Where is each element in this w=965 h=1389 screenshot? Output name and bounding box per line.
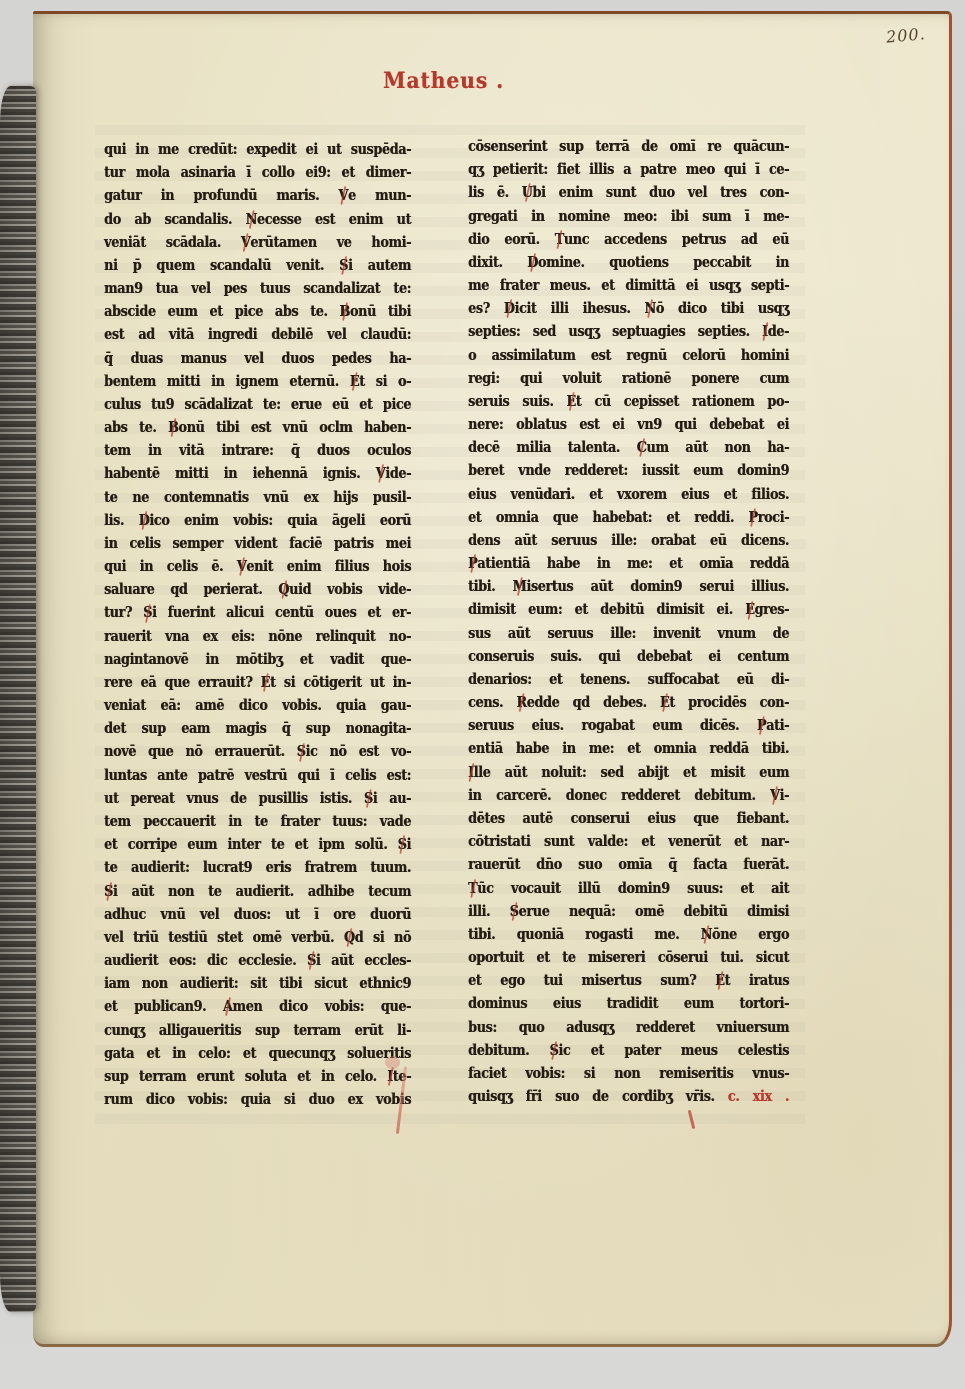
text-line: te audierit: lucrat9 eris fratrem tuum.	[104, 856, 411, 879]
text-line: septies: sed usqʒ septuagies septies. Id…	[468, 320, 789, 343]
text-line: regi: qui voluit rationē ponere cum	[468, 367, 789, 390]
text-line: beret vnde redderet: iussit eum domin9	[468, 459, 789, 482]
text-line: luntas ante patrē vestrū qui ī celis est…	[104, 764, 411, 787]
text-line: seruis suis. Et cū cepisset rationem po-	[468, 390, 789, 413]
text-line: iam non audierit: sit tibi sicut ethnic9	[104, 972, 411, 995]
text-line: Tūc vocauit illū domin9 suus: et ait	[468, 877, 789, 900]
text-line: qui in me credūt: expedit ei ut suspēda-	[104, 138, 411, 161]
text-line: cōtristati sunt valde: et venerūt et nar…	[468, 830, 789, 853]
text-line: quisqʒ fr̄i suo de cordibʒ vr̄is. c. xix…	[468, 1085, 789, 1108]
rubricated-capital: D	[139, 509, 150, 532]
rubricated-capital: I	[762, 320, 768, 343]
text-line: et publican9. Amen dico vobis: que-	[104, 995, 411, 1018]
rubricated-capital: E	[715, 969, 724, 992]
text-line: decē milia talenta. Cum aūt non ha-	[468, 436, 789, 459]
rubricated-capital: V	[241, 231, 251, 254]
rubricated-capital: I	[468, 761, 474, 784]
text-line: est ad vitā ingredi debilē vel claudū:	[104, 323, 411, 346]
text-line: rauerit vna ex eis: nōne relinquit no-	[104, 625, 411, 648]
text-line: ni p̄ quem scandalū venit. Si autem	[104, 254, 411, 277]
text-line: et corripe eum inter te et ipm solū. Si	[104, 833, 411, 856]
text-line: faciet vobis: si non remiseritis vnus-	[468, 1062, 789, 1085]
rubricated-capital: S	[104, 880, 113, 903]
text-line: illi. Serue nequā: omē debitū dimisi	[468, 900, 789, 923]
text-line: lis ē. Ubi enim sunt duo vel tres con-	[468, 181, 789, 204]
rubricated-capital: E	[660, 691, 669, 714]
text-line: tem in vitā intrare: q̄ duos oculos	[104, 439, 411, 462]
rubricated-capital: U	[522, 181, 533, 204]
text-line: eius venūdari. et vxorem eius et filios.	[468, 483, 789, 506]
text-line: audierit eos: dic ecclesie. Si aūt eccle…	[104, 949, 411, 972]
text-line: rum dico vobis: quia si duo ex vobis	[104, 1088, 411, 1111]
text-line: in carcerē. donec redderet debitum. Vi-	[468, 784, 789, 807]
rubricated-capital: N	[701, 923, 712, 946]
text-line: dimisit eum: et debitū dimisit ei. Egres…	[468, 598, 789, 621]
text-line: qui in celis ē. Venit enim filius hois	[104, 555, 411, 578]
rubricated-capital: B	[168, 416, 178, 439]
text-line: et omnia que habebat: et reddi. Proci-	[468, 506, 789, 529]
rubricated-capital: P	[748, 506, 757, 529]
text-line: entiā habe in me: et omnia reddā tibi.	[468, 737, 789, 760]
text-line: gregati in nomine meo: ibi sum ī me-	[468, 205, 789, 228]
rubricated-capital: T	[468, 877, 477, 900]
text-line: abscide eum et pice abs te. Bonū tibi	[104, 300, 411, 323]
text-line: gata et in celo: et quecunqʒ solueritis	[104, 1042, 411, 1065]
gutter-leaf-edges	[0, 86, 36, 1312]
rubricated-capital: S	[143, 601, 152, 624]
text-line: me frater meus. et dimittā ei usqʒ septi…	[468, 274, 789, 297]
text-line: nere: oblatus est ei vn9 qui debebat ei	[468, 413, 789, 436]
text-line: dens aūt seruus ille: orabat eū dicens.	[468, 529, 789, 552]
text-line: lis. Dico enim vobis: quia āgeli eorū	[104, 509, 411, 532]
text-line: dixit. Domine. quotiens peccabit in	[468, 251, 789, 274]
text-line: sup terram erunt soluta et in celo. Ite-	[104, 1065, 411, 1088]
text-line: man9 tua vel pes tuus scandalizat te:	[104, 277, 411, 300]
text-line: vel triū testiū stet omē verbū. Qd si nō	[104, 926, 411, 949]
rubricated-capital: S	[549, 1039, 558, 1062]
rubricated-capital: S	[307, 949, 316, 972]
rubricated-capital: E	[350, 370, 359, 393]
text-line: q̄ duas manus vel duos pedes ha-	[104, 347, 411, 370]
text-line: dio eorū. Tunc accedens petrus ad eū	[468, 228, 789, 251]
text-line: veniat eā: amē dico vobis. quia gau-	[104, 694, 411, 717]
text-line: et ego tui misertus sum? Et iratus	[468, 969, 789, 992]
rubricated-capital: E	[566, 390, 575, 413]
book-scan: { "page": { "running_title": "Matheus ."…	[0, 0, 965, 1389]
text-line: Patientiā habe in me: et omīa reddā	[468, 552, 789, 575]
rubricated-capital: M	[513, 575, 527, 598]
text-line: Si aūt non te audierit. adhibe tecum	[104, 880, 411, 903]
red-ink-blob	[385, 1056, 400, 1069]
rubricated-capital: R	[516, 691, 526, 714]
text-line: do ab scandalis. Necesse est enim ut	[104, 208, 411, 231]
text-line: nagintanovē in mōtibʒ et vadit que-	[104, 648, 411, 671]
text-line: veniāt scādala. Verūtamen ve homi-	[104, 231, 411, 254]
rubricated-capital: S	[339, 254, 348, 277]
text-line: seruus eius. rogabat eum dicēs. Pati-	[468, 714, 789, 737]
rubricated-capital: A	[223, 995, 233, 1018]
text-line: in celis semper vident faciē patris mei	[104, 532, 411, 555]
text-line: habentē mitti in iehennā ignis. Vide-	[104, 462, 411, 485]
rubricated-capital: D	[527, 251, 538, 274]
text-line: adhuc vnū vel duos: ut ī ore duorū	[104, 903, 411, 926]
text-line: gatur in profundū maris. Ve mun-	[104, 184, 411, 207]
text-line: denarios: et tenens. suffocabat eū di-	[468, 668, 789, 691]
rubricated-capital: Q	[344, 926, 355, 949]
text-line: rere eā que errauit? Et si cōtigerit ut …	[104, 671, 411, 694]
rubricated-capital: T	[555, 228, 564, 251]
rubricated-capital: S	[297, 740, 306, 763]
rubricated-capital: S	[364, 787, 373, 810]
text-line: qʒ petierit: fiet illis a patre meo qui …	[468, 158, 789, 181]
rubricated-capital: Q	[278, 578, 289, 601]
text-column-right: cōsenserint sup terrā de omī re quācun-q…	[468, 135, 833, 1108]
text-line: debitum. Sic et pater meus celestis	[468, 1039, 789, 1062]
running-title: Matheus .	[383, 68, 549, 94]
text-line: o assimilatum est regnū celorū homini	[468, 344, 789, 367]
text-line: conseruis suis. qui debebat ei centum	[468, 645, 789, 668]
text-line: tem peccauerit in te frater tuus: vade	[104, 810, 411, 833]
text-line: ut pereat vnus de pusillis istis. Si au-	[104, 787, 411, 810]
text-line: tur? Si fuerint alicui centū oues et er-	[104, 601, 411, 624]
text-line: rauerūt dn̄o suo omīa q̄ facta fuerāt.	[468, 853, 789, 876]
text-line: sus aūt seruus ille: invenit vnum de	[468, 622, 789, 645]
rubricated-capital: N	[246, 208, 257, 231]
rubricated-capital: D	[504, 297, 515, 320]
rubricated-capital: V	[338, 184, 348, 207]
rubricated-capital: S	[398, 833, 407, 856]
text-line: cunqʒ alligaueritis sup terram erūt li-	[104, 1019, 411, 1042]
text-line: det sup eam magis q̄ sup nonagita-	[104, 717, 411, 740]
text-line: oportuit et te misereri cōserui tui. sic…	[468, 946, 789, 969]
rubricated-capital: E	[745, 598, 754, 621]
text-line: tibi. quoniā rogasti me. Nōne ergo	[468, 923, 789, 946]
text-line: te ne contemnatis vnū ex hijs pusil-	[104, 486, 411, 509]
text-line: dētes autē conserui eius que fiebant.	[468, 807, 789, 830]
text-line: es? Dicit illi ihesus. Nō dico tibi usqʒ	[468, 297, 789, 320]
rubricated-capital: P	[468, 552, 477, 575]
text-line: dominus eius tradidit eum tortori-	[468, 992, 789, 1015]
rubricated-capital: V	[376, 462, 386, 485]
rubricated-capital: B	[339, 300, 349, 323]
rubricated-capital: C	[637, 436, 647, 459]
text-line: cōsenserint sup terrā de omī re quācun-	[468, 135, 789, 158]
rubricated-capital: P	[757, 714, 766, 737]
text-column-left: qui in me credūt: expedit ei ut suspēda-…	[104, 138, 453, 1111]
rubricated-capital: V	[237, 555, 247, 578]
rubricated-capital: N	[644, 297, 655, 320]
rubricated-capital: S	[510, 900, 519, 923]
text-line: novē que nō errauerūt. Sic nō est vo-	[104, 740, 411, 763]
text-line: abs te. Bonū tibi est vnū oclm haben-	[104, 416, 411, 439]
text-line: cens. Redde qd debes. Et procidēs con-	[468, 691, 789, 714]
text-line: bentem mitti in ignem eternū. Et si o-	[104, 370, 411, 393]
rubricated-capital: V	[770, 784, 780, 807]
text-line: tur mola asinaria ī collo ei9: et dimer-	[104, 161, 411, 184]
text-line: bus: quo adusqʒ redderet vniuersum	[468, 1016, 789, 1039]
chapter-mark: c. xix .	[715, 1088, 789, 1105]
text-line: saluare qd perierat. Quid vobis vide-	[104, 578, 411, 601]
rubricated-capital: E	[261, 671, 270, 694]
text-line: culus tu9 scādalizat te: erue eū et pice	[104, 393, 411, 416]
text-line: tibi. Misertus aūt domin9 serui illius.	[468, 575, 789, 598]
text-line: Ille aūt noluit: sed abijt et misit eum	[468, 761, 789, 784]
